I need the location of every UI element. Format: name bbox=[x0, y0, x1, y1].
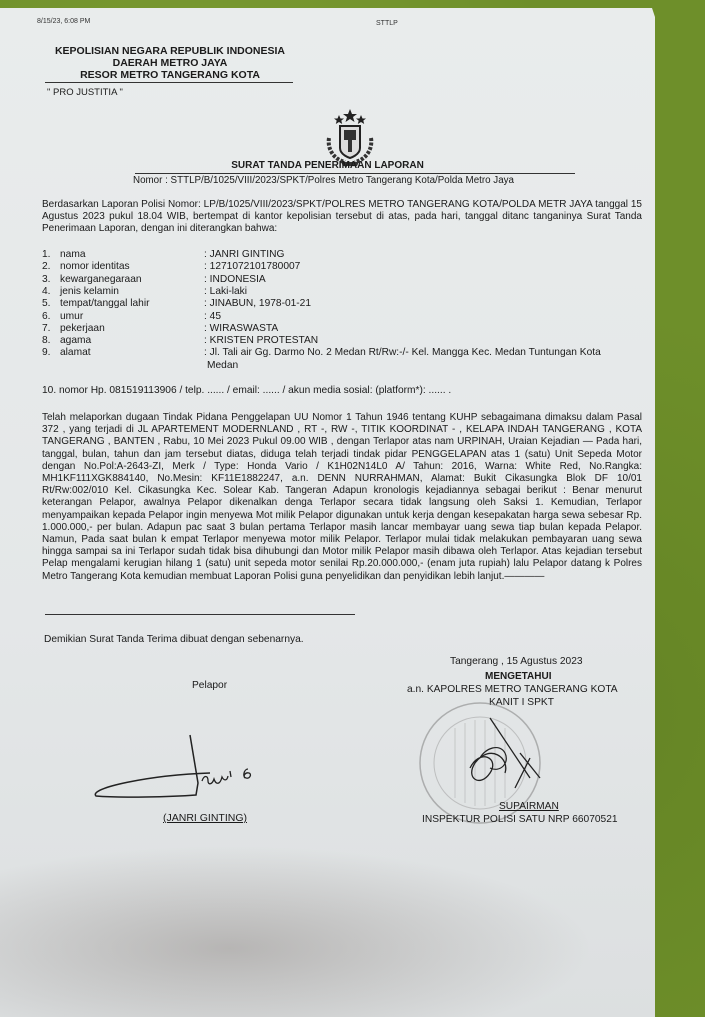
identity-row: 8.agama: KRISTEN PROTESTAN bbox=[42, 335, 642, 347]
identity-value: : Laki-laki bbox=[204, 286, 247, 297]
agency-line-3: RESOR METRO TANGERANG KOTA bbox=[40, 69, 300, 81]
identity-label: nama bbox=[60, 249, 85, 260]
closing-statement: Demikian Surat Tanda Terima dibuat denga… bbox=[44, 634, 304, 645]
identity-label: nomor identitas bbox=[60, 261, 130, 272]
identity-label: kewarganegaraan bbox=[60, 274, 142, 285]
header-divider bbox=[45, 82, 293, 83]
print-timestamp: 8/15/23, 6:08 PM bbox=[37, 18, 90, 25]
report-text: Telah melaporkan dugaan Tindak Pidana Pe… bbox=[42, 412, 642, 583]
pro-justitia: " PRO JUSTITIA " bbox=[47, 87, 123, 98]
on-behalf-of: a.n. KAPOLRES METRO TANGERANG KOTA bbox=[407, 684, 618, 695]
identity-number: 1. bbox=[42, 249, 51, 260]
identity-number: 5. bbox=[42, 298, 51, 309]
identity-label: pekerjaan bbox=[60, 323, 105, 334]
identity-row: 5.tempat/tanggal lahir: JINABUN, 1978-01… bbox=[42, 298, 642, 310]
official-stamp-icon bbox=[410, 698, 610, 833]
print-doc-code: STTLP bbox=[376, 20, 398, 27]
identity-value: : 1271072101780007 bbox=[204, 261, 300, 272]
identity-row: 9.alamat: Jl. Tali air Gg. Darmo No. 2 M… bbox=[42, 347, 642, 359]
identity-label: alamat bbox=[60, 347, 91, 358]
identity-number: 9. bbox=[42, 347, 51, 358]
report-paragraph: Telah melaporkan dugaan Tindak Pidana Pe… bbox=[42, 412, 642, 620]
identity-number: 8. bbox=[42, 335, 51, 346]
place-date: Tangerang , 15 Agustus 2023 bbox=[450, 656, 583, 667]
identity-number: 4. bbox=[42, 286, 51, 297]
officer-rank-nrp: INSPEKTUR POLISI SATU NRP 66070521 bbox=[422, 814, 618, 825]
identity-row: 1.nama: JANRI GINTING bbox=[42, 249, 642, 261]
identity-value: : INDONESIA bbox=[204, 274, 266, 285]
identity-row: 7.pekerjaan: WIRASWASTA bbox=[42, 323, 642, 335]
identity-value: : Jl. Tali air Gg. Darmo No. 2 Medan Rt/… bbox=[204, 347, 601, 358]
identity-value: : JINABUN, 1978-01-21 bbox=[204, 298, 311, 309]
identity-value: : WIRASWASTA bbox=[204, 323, 278, 334]
identity-label: tempat/tanggal lahir bbox=[60, 298, 149, 309]
identity-row: 3.kewarganegaraan: INDONESIA bbox=[42, 274, 642, 286]
agency-line-2: DAERAH METRO JAYA bbox=[40, 57, 300, 69]
report-end-line bbox=[45, 614, 355, 615]
police-emblem-icon bbox=[315, 108, 385, 168]
acknowledged-label: MENGETAHUI bbox=[485, 671, 551, 682]
identity-number: 7. bbox=[42, 323, 51, 334]
document-page: 8/15/23, 6:08 PM STTLP KEPOLISIAN NEGARA… bbox=[0, 8, 655, 1017]
title-divider bbox=[135, 173, 575, 174]
identity-value: : 45 bbox=[204, 311, 221, 322]
reporter-role: Pelapor bbox=[192, 680, 227, 691]
identity-row: 4.jenis kelamin: Laki-laki bbox=[42, 286, 642, 298]
identity-number: 2. bbox=[42, 261, 51, 272]
intro-paragraph: Berdasarkan Laporan Polisi Nomor: LP/B/1… bbox=[42, 199, 642, 239]
agency-line-1: KEPOLISIAN NEGARA REPUBLIK INDONESIA bbox=[40, 45, 300, 57]
reporter-name: (JANRI GINTING) bbox=[163, 812, 247, 824]
identity-label: umur bbox=[60, 311, 83, 322]
identity-value-continued: Medan bbox=[207, 360, 238, 371]
report-number: Nomor : STTLP/B/1025/VIII/2023/SPKT/Polr… bbox=[133, 175, 514, 186]
intro-text: Berdasarkan Laporan Polisi Nomor: LP/B/1… bbox=[42, 199, 642, 236]
identity-value: : KRISTEN PROTESTAN bbox=[204, 335, 318, 346]
identity-label: agama bbox=[60, 335, 91, 346]
title-text: SURAT TANDA PENERIMAAN LAPORAN bbox=[231, 160, 424, 171]
identity-row: 2.nomor identitas: 1271072101780007 bbox=[42, 261, 642, 273]
document-title: SURAT TANDA PENERIMAAN LAPORAN bbox=[0, 160, 705, 171]
identity-value: : JANRI GINTING bbox=[204, 249, 284, 260]
identity-number: 3. bbox=[42, 274, 51, 285]
identity-label: jenis kelamin bbox=[60, 286, 119, 297]
identity-number: 6. bbox=[42, 311, 51, 322]
officer-name: SUPAIRMAN bbox=[499, 801, 559, 812]
identity-list: 1.nama: JANRI GINTING2.nomor identitas: … bbox=[42, 249, 642, 384]
agency-header: KEPOLISIAN NEGARA REPUBLIK INDONESIA DAE… bbox=[40, 45, 300, 81]
contact-line: 10. nomor Hp. 081519113906 / telp. .....… bbox=[42, 385, 451, 396]
identity-row: 6.umur: 45 bbox=[42, 311, 642, 323]
reporter-signature bbox=[90, 733, 290, 808]
